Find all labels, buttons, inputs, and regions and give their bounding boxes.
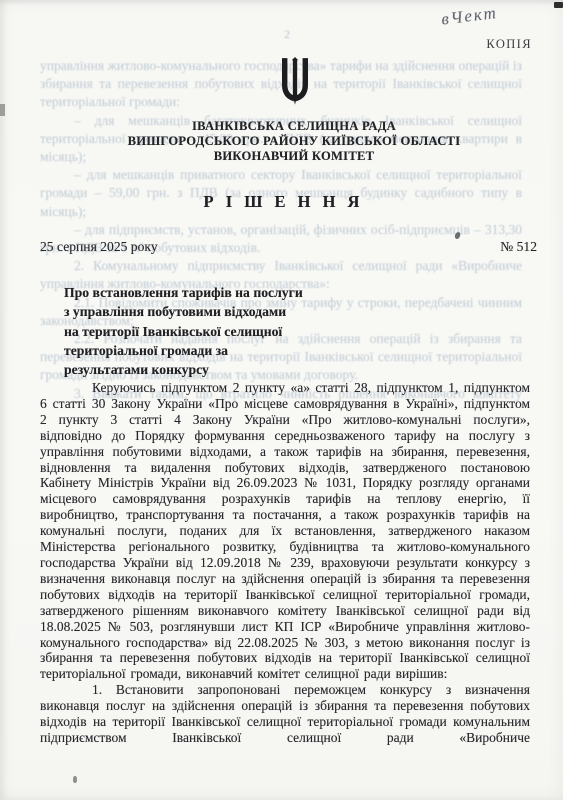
scan-edge-mark <box>0 104 5 116</box>
committee-name: ВИКОНАВЧИЙ КОМІТЕТ <box>25 149 563 164</box>
document-body: Керуючись підпунктом 2 пункту «а» статті… <box>40 380 530 746</box>
document-type-heading: Р І Ш Е Н Н Я <box>0 192 563 212</box>
document-number: № 512 <box>500 239 537 255</box>
body-paragraph-item-1: 1. Встановити запропоновані переможцем к… <box>40 682 530 746</box>
scan-corner-mark <box>554 2 563 8</box>
document-header: ІВАНКІВСЬКА СЕЛИЩНА РАДА ВИШГОРОДСЬКОГО … <box>25 119 563 164</box>
district-name: ВИШГОРОДСЬКОГО РАЙОНУ КИЇВСЬКОЇ ОБЛАСТІ <box>25 134 563 149</box>
document-title-line: результатами конкурсу <box>64 360 409 379</box>
bleedthrough-page-number: 2 <box>284 27 290 42</box>
scanned-document-page: 2 управління житлово-комунального господ… <box>0 0 563 800</box>
document-date: 25 серпня 2025 року <box>40 239 158 255</box>
handwritten-note: вЧект <box>440 0 554 30</box>
document-title-line: Про встановлення тарифів на послуги <box>64 283 409 302</box>
document-title-line: на території Іванківської селищної <box>64 322 409 341</box>
copy-stamp-label: КОПІЯ <box>486 37 532 52</box>
body-paragraph-preamble: Керуючись підпунктом 2 пункту «а» статті… <box>40 380 530 682</box>
document-title: Про встановлення тарифів на послуги з уп… <box>64 283 409 379</box>
document-title-line: з управління побутовими відходами <box>64 302 409 321</box>
trident-emblem-icon <box>276 57 314 109</box>
stray-mark <box>73 776 77 783</box>
document-title-line: територіальної громади за <box>64 341 409 360</box>
date-number-row: 25 серпня 2025 року № 512 <box>40 239 537 255</box>
council-name: ІВАНКІВСЬКА СЕЛИЩНА РАДА <box>25 119 563 134</box>
